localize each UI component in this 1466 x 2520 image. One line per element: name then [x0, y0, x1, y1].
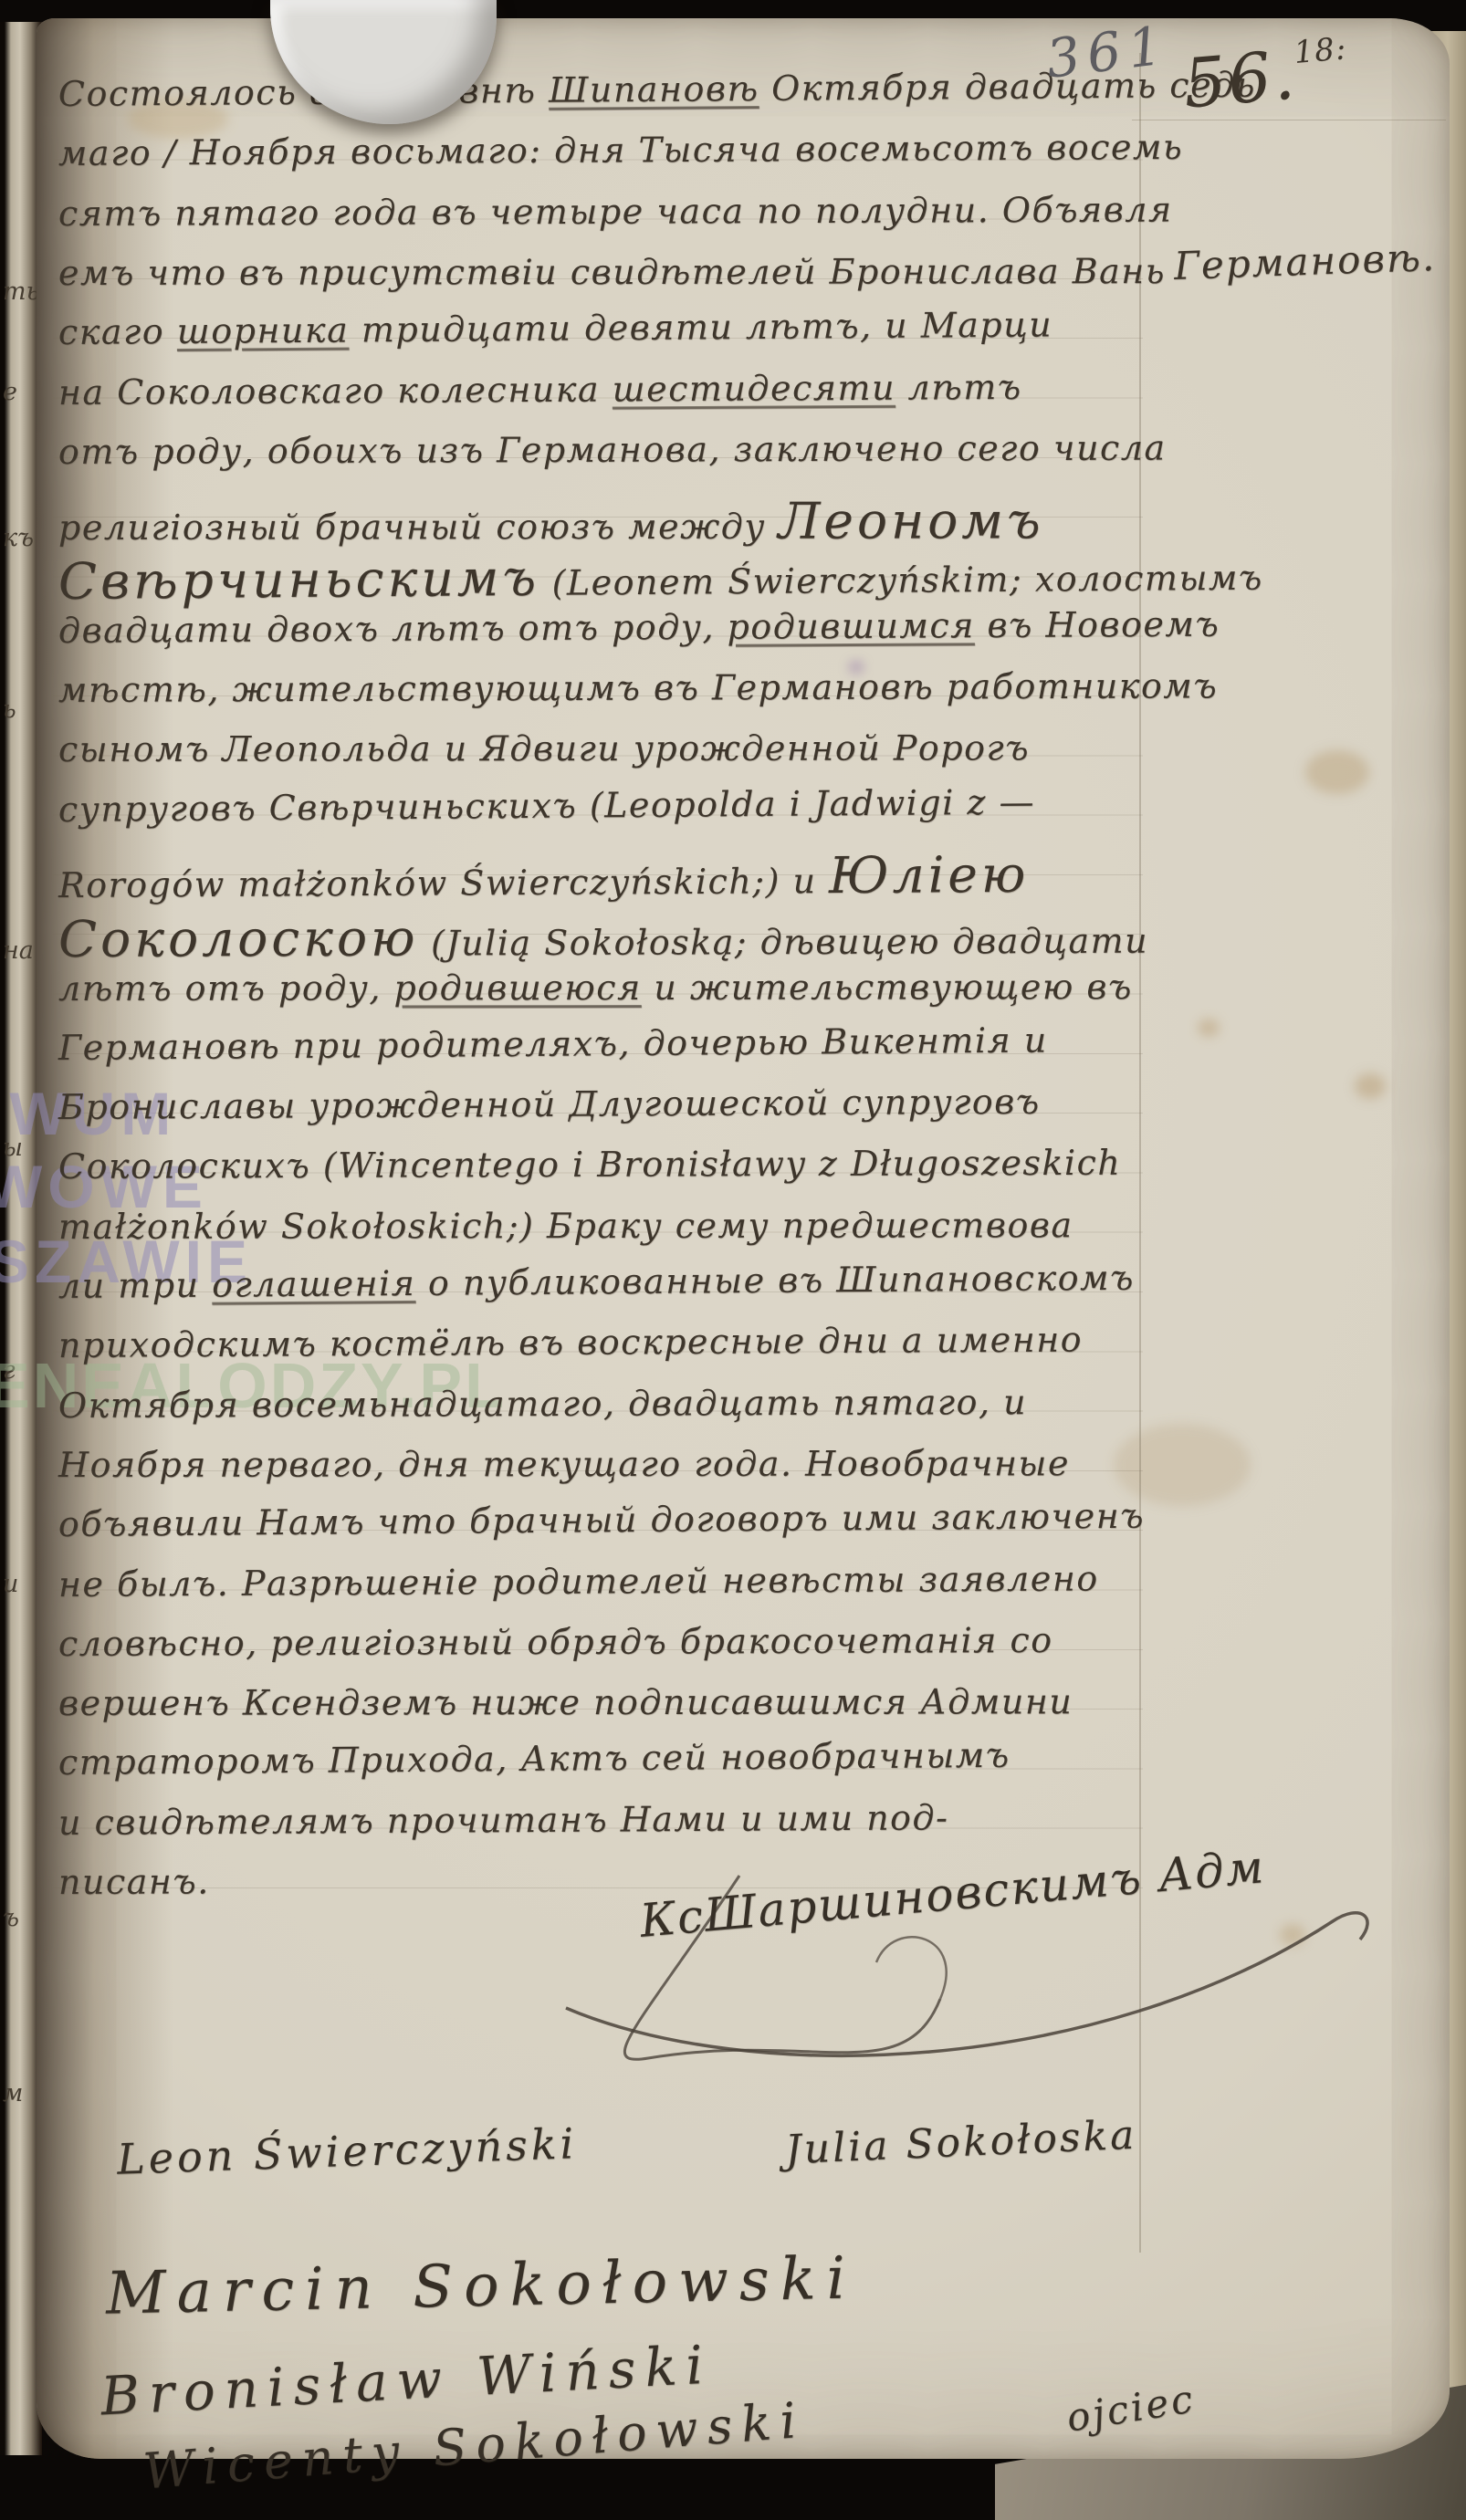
handwriting-segment: приходскимъ костёлѣ въ воскресные дни а … [58, 1320, 1083, 1365]
margin-annotation: Германовѣ. [1173, 238, 1437, 286]
handwriting-segment: маго / Ноября восьмаго: дня Тысяча восем… [58, 127, 1183, 173]
handwriting-segment: Rorogów małżonków Świerczyńskich;) и [58, 861, 829, 905]
gutter-text-fragment: ть [3, 279, 39, 304]
handwriting-line: лѣтъ отъ роду, родившеюся и жительствующ… [58, 964, 1149, 1026]
handwriting-segment: родившеюся [393, 967, 641, 1007]
handwriting-line: сыномъ Леопольда и Ядвиги урожденной Рор… [58, 725, 1149, 787]
handwriting-segment: Германовѣ при родителяхъ, дочерью Викент… [58, 1020, 1048, 1068]
gutter-text-fragment: г [3, 1358, 16, 1383]
handwriting-segment: вершенъ Ксендземъ ниже подписавшимся Адм… [58, 1681, 1073, 1723]
handwriting-segment: емъ что въ присутствіи свидѣтелей Бронис… [58, 251, 1166, 293]
handwriting-segment: сыномъ Леопольда и Ядвиги урожденной Рор… [58, 728, 1030, 770]
handwriting-line: ли три оглашенія о публикованные въ Шипа… [58, 1255, 1149, 1323]
record-number: 56.18: [1180, 33, 1352, 119]
handwriting-line: Брониславы урожденной Длугошеской супруг… [58, 1078, 1149, 1145]
handwriting-line: małżonków Sokołoskich;) Браку сему предш… [58, 1202, 1149, 1264]
handwriting-segment: тридцати девяти лѣтъ, и Марци [349, 305, 1052, 350]
handwriting-segment: отъ роду, обоихъ изъ Германова, заключен… [58, 427, 1167, 471]
handwriting-line: Свѣрчиньскимъ (Leonem Świerczyńskim; хол… [58, 539, 1149, 608]
record-number-superscript: 18: [1293, 30, 1348, 71]
handwriting-line: Ноября перваго, дня текущаго года. Новоб… [58, 1440, 1149, 1502]
handwriting-segment: о публикованные въ Шипановскомъ [415, 1258, 1135, 1303]
handwriting-segment: лѣтъ отъ роду, [58, 967, 394, 1009]
handwriting-line: Rorogów małżonków Świerczyńskich;) и Юлі… [58, 840, 1149, 906]
handwriting-segment: и жительствующею въ [642, 967, 1133, 1008]
handwriting-line: объявили Намъ что брачный договоръ ими з… [58, 1493, 1149, 1562]
handwriting-line: Октября восемьнадцатаго, двадцать пятаго… [58, 1378, 1149, 1442]
handwriting-line: вершенъ Ксендземъ ниже подписавшимся Адм… [58, 1678, 1149, 1741]
gutter-text-fragment: къ [3, 526, 34, 550]
handwriting-line: супруговъ Свѣрчиньскихъ (Leopolda i Jadw… [58, 778, 1149, 846]
handwriting-line: Соколоскою (Julią Sokołoską; дѣвицею два… [58, 902, 1149, 966]
handwriting-line: словѣсно, религіозный обрядъ бракосочета… [58, 1616, 1149, 1680]
handwriting-segment: словѣсно, религіозный обрядъ бракосочета… [58, 1620, 1053, 1664]
handwriting-segment: супруговъ Свѣрчиньскихъ (Leopolda i Jadw… [58, 781, 1035, 829]
handwriting-segment: шестидесяти [613, 367, 896, 409]
handwriting-segment: мѣстѣ, жительствующимъ въ Германовѣ рабо… [58, 665, 1218, 710]
handwriting-line: скаго шорника тридцати девяти лѣтъ, и Ма… [58, 301, 1149, 370]
handwriting-line: страторомъ Прихода, Актъ сей новобрачным… [58, 1731, 1149, 1800]
handwriting-line: Состоялось въ деревнѣ Шипановѣ Октября д… [58, 63, 1149, 131]
gutter-text-fragment: ы [3, 1135, 23, 1160]
scanned-marriage-record-page: тьекъьнаыгиъм IWUM WOWE SZAWIE ENEALODZY… [0, 0, 1466, 2520]
handwriting-segment: Юліею [829, 845, 1030, 904]
handwriting-segment: (Leonem Świerczyńskim; холостымъ [539, 558, 1263, 603]
handwriting-line: сятъ пятаго года въ четыре часа по полуд… [58, 186, 1149, 250]
handwriting-segment: объявили Намъ что брачный договоръ ими з… [58, 1496, 1145, 1544]
handwriting-segment: двадцати двохъ лѣтъ отъ роду, [58, 606, 728, 650]
handwriting-segment: писанъ. [58, 1861, 210, 1902]
handwriting-line: религіозный брачный союзъ между Леономъ [58, 486, 1149, 549]
handwriting-line: маго / Ноября восьмаго: дня Тысяча восем… [58, 124, 1149, 191]
gutter-text-fragment: на [3, 938, 34, 963]
gutter-text-fragment: ъ [3, 1906, 19, 1930]
handwriting-line: мѣстѣ, жительствующимъ въ Германовѣ рабо… [58, 664, 1149, 727]
handwriting-segment: оглашенія [212, 1263, 416, 1305]
handwriting-line: не былъ. Разрѣшеніе родителей невѣсты за… [58, 1555, 1149, 1622]
handwriting-line: Германовѣ при родителяхъ, дочерью Викент… [58, 1016, 1149, 1084]
handwriting-line: двадцати двохъ лѣтъ отъ роду, родившимся… [58, 601, 1149, 668]
handwriting-segment: (Julią Sokołoską; дѣвицею двадцати [418, 921, 1148, 964]
handwriting-line: Соколоскихъ (Wincentego i Bronisławy z D… [58, 1140, 1149, 1204]
handwriting-line: приходскимъ костёлѣ въ воскресные дни а … [58, 1316, 1149, 1383]
gutter-text-fragment: ь [3, 697, 16, 722]
gutter-text-fragment: е [3, 380, 17, 404]
handwriting-segment: скаго [58, 311, 177, 352]
record-number-main: 56. [1180, 36, 1300, 123]
handwriting-segment: Соколоскихъ (Wincentego i Bronisławy z D… [58, 1143, 1122, 1187]
handwriting-segment: страторомъ Прихода, Актъ сей новобрачным… [58, 1735, 1010, 1783]
handwriting-segment: Шипановѣ [549, 68, 759, 110]
handwriting-segment: не былъ. Разрѣшеніе родителей невѣсты за… [58, 1558, 1099, 1605]
handwriting-line: отъ роду, обоихъ изъ Германова, заключен… [58, 424, 1149, 488]
handwriting-line: и свидѣтелямъ прочитанъ Нами и ими под- [58, 1793, 1149, 1860]
handwriting-segment: ли три [58, 1265, 213, 1306]
handwriting-segment: Свѣрчиньскимъ [58, 549, 539, 611]
handwriting-segment: въ Новоемъ [975, 603, 1220, 645]
handwriting-segment: религіозный брачный союзъ между [58, 507, 779, 548]
handwriting-segment: сятъ пятаго года въ четыре часа по полуд… [58, 189, 1173, 233]
handwriting-segment: и свидѣтелямъ прочитанъ Нами и ими под- [58, 1797, 949, 1843]
gutter-text-fragment: и [3, 1572, 18, 1596]
handwriting-segment: родившимся [727, 605, 975, 647]
handwriting-segment: małżonków Sokołoskich;) Браку сему предш… [58, 1205, 1073, 1247]
handwriting-segment: Ноября перваго, дня текущаго года. Новоб… [58, 1443, 1070, 1485]
margin-rule-horizontal [1132, 120, 1446, 120]
handwriting-segment: Октября восемьнадцатаго, двадцать пятаго… [58, 1382, 1027, 1426]
handwriting-line: емъ что въ присутствіи свидѣтелей Бронис… [58, 248, 1149, 310]
handwriting-segment: лѣтъ [895, 366, 1022, 407]
handwriting-segment: шорника [177, 310, 350, 351]
handwriting-segment: на Соколовскаго колесника [58, 369, 613, 412]
gutter-text-fragment: м [3, 2081, 23, 2106]
handwriting-segment: Брониславы урожденной Длугошеской супруг… [58, 1082, 1041, 1127]
pencil-page-number: 361 [1043, 18, 1172, 86]
handwriting-line: на Соколовскаго колесника шестидесяти лѣ… [58, 363, 1149, 430]
handwriting-segment: Соколоскою [58, 909, 419, 968]
